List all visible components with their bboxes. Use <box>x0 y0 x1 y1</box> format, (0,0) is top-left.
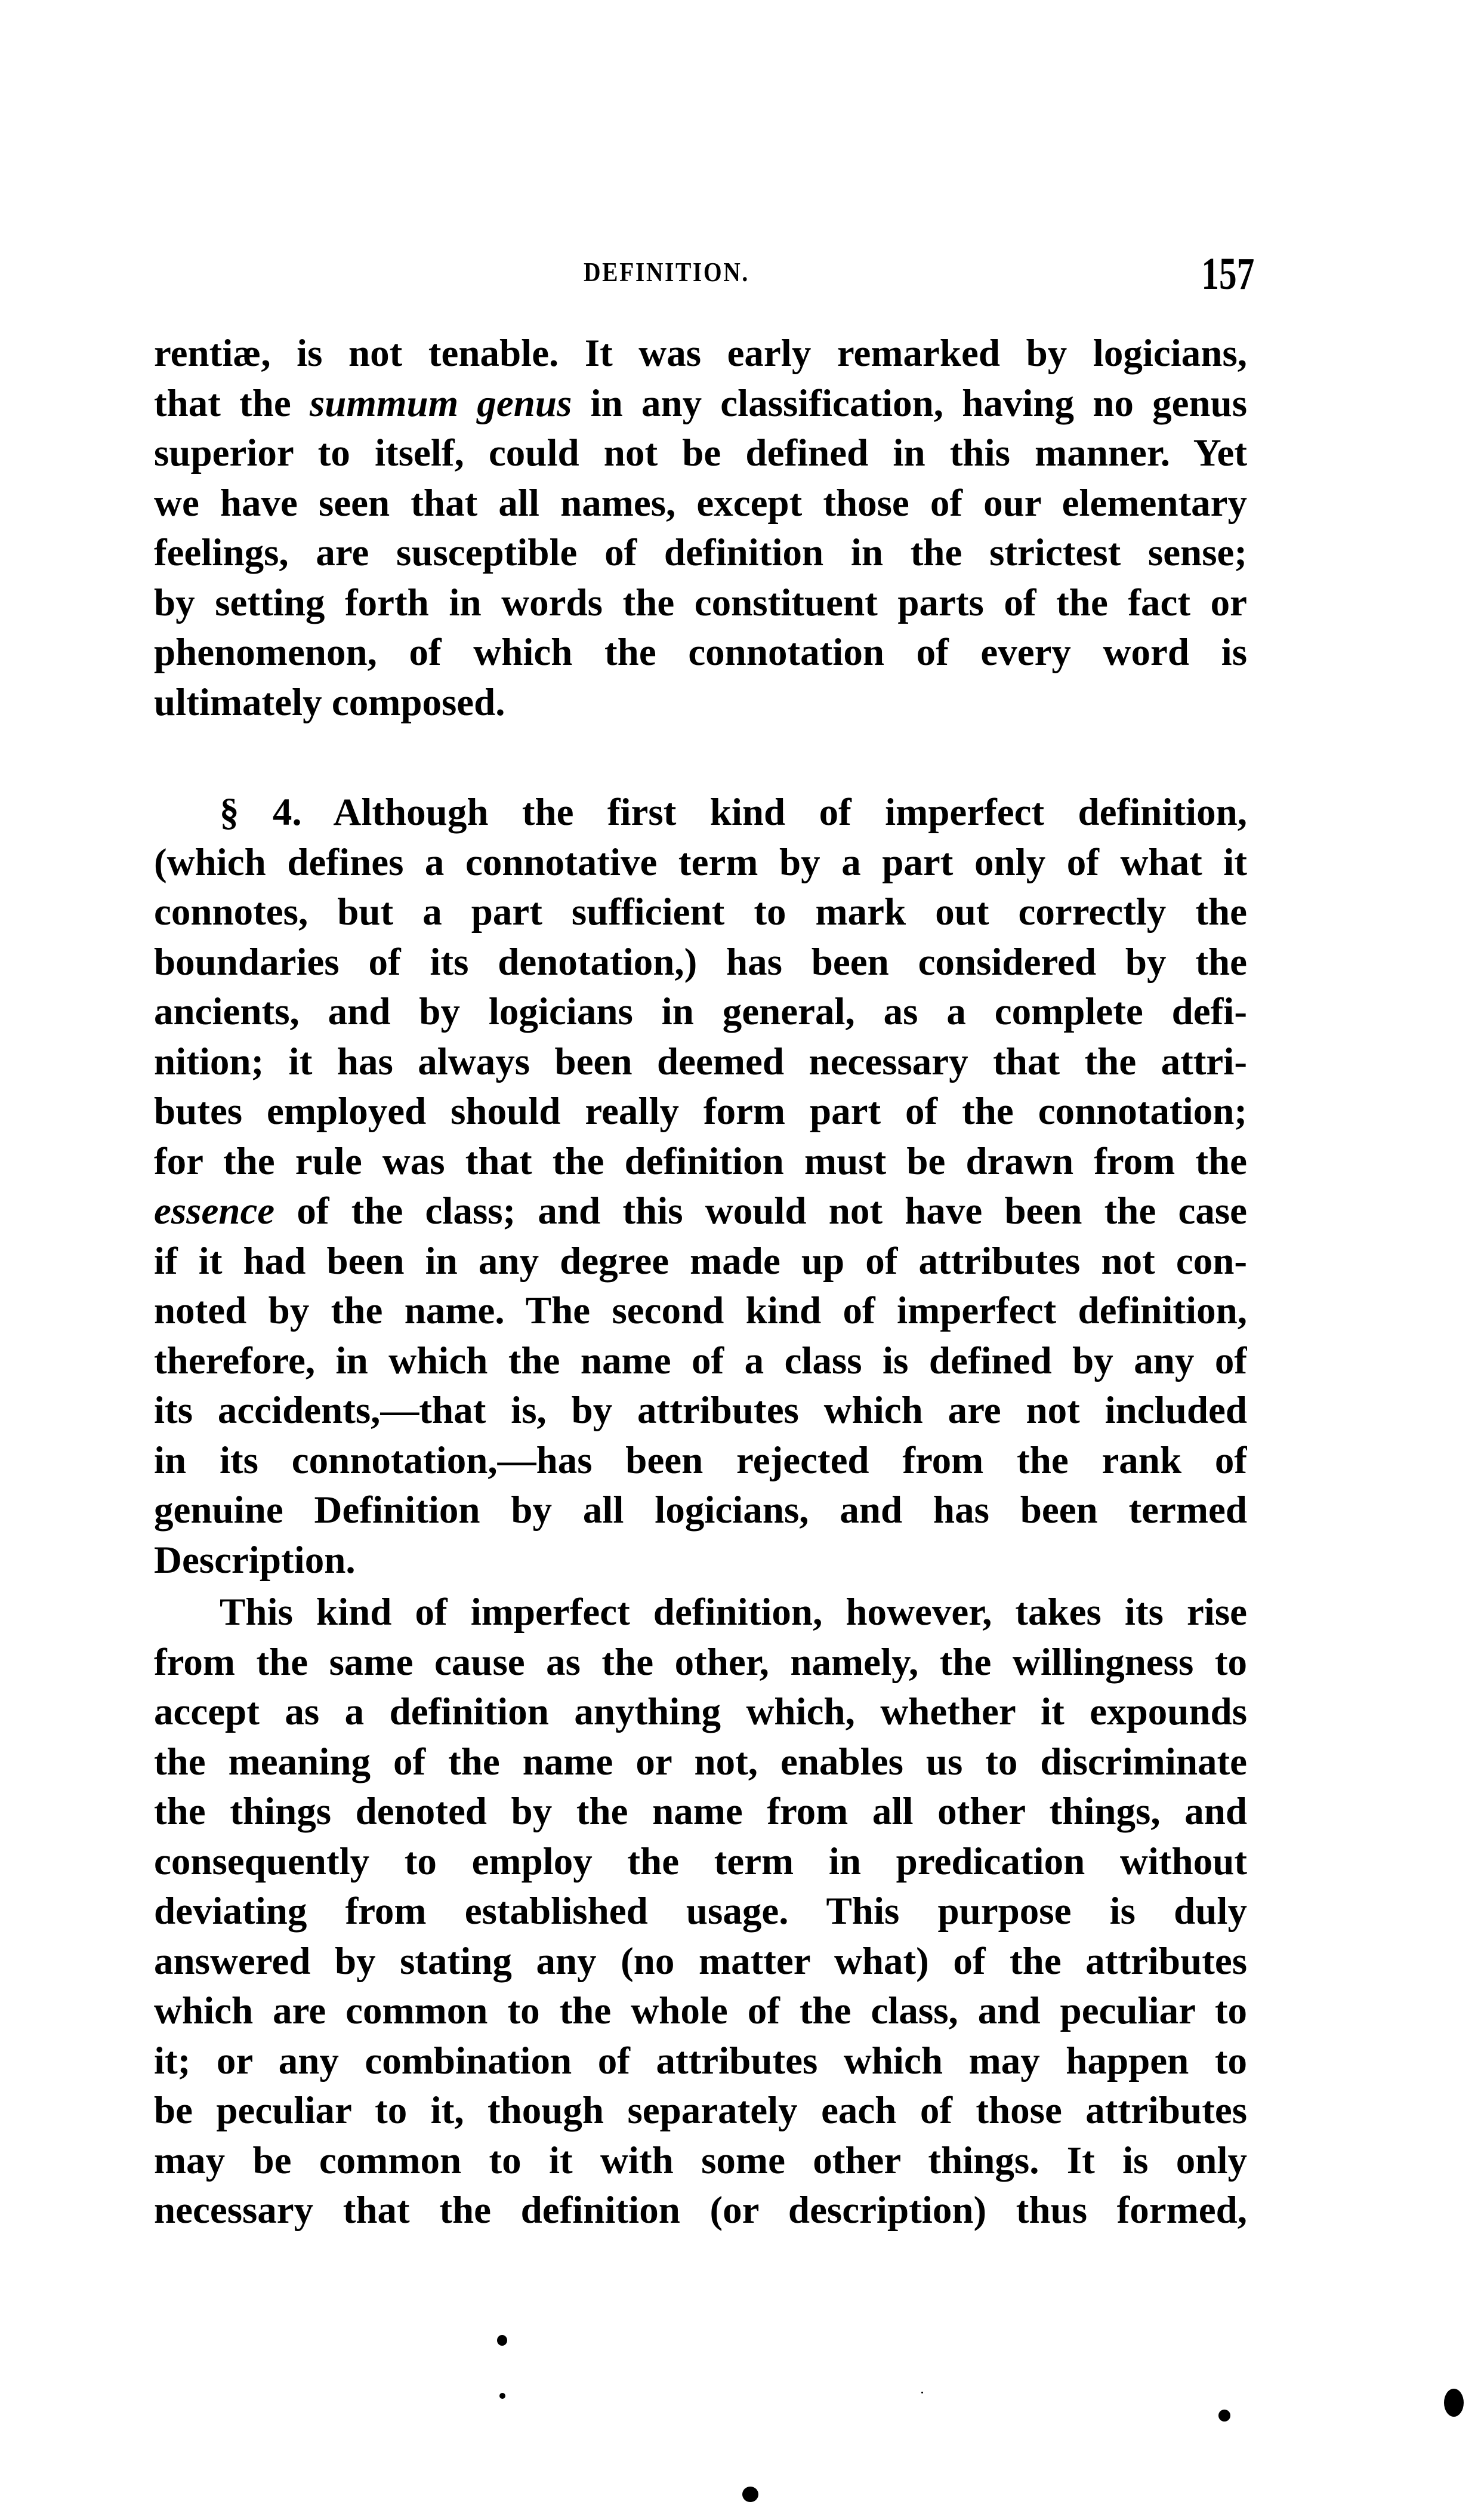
text-line: the things denoted by the name from all … <box>154 1786 1247 1837</box>
text-run: therefore, in which the name of a class … <box>154 1339 1247 1382</box>
text-line: may be common to it with some other thin… <box>154 2136 1247 2186</box>
text-run: phenomenon, of which the connotation of … <box>154 631 1247 674</box>
ink-speck <box>497 2335 507 2346</box>
text-run: consequently to employ the term in predi… <box>154 1840 1247 1883</box>
text-run: by setting forth in words the constituen… <box>154 581 1247 624</box>
text-line: it; or any combination of attributes whi… <box>154 2036 1247 2086</box>
text-run: that the <box>154 382 310 425</box>
text-run: in its connotation,—has been rejected fr… <box>154 1439 1247 1482</box>
text-line: phenomenon, of which the connotation of … <box>154 627 1247 677</box>
italic-text: essence <box>154 1190 274 1233</box>
text-line: ancients, and by logicians in general, a… <box>154 987 1247 1037</box>
text-run: nition; it has always been deemed necess… <box>154 1040 1247 1083</box>
text-run: § 4. Although the first kind of imperfec… <box>220 791 1247 834</box>
text-line: Description. <box>154 1535 1247 1585</box>
text-run: for the rule was that the definition mus… <box>154 1140 1247 1183</box>
text-run: connotes, but a part sufficient to mark … <box>154 891 1247 934</box>
text-line: noted by the name. The second kind of im… <box>154 1286 1247 1336</box>
text-run: deviating from established usage. This p… <box>154 1890 1247 1933</box>
text-line: This kind of imperfect definition, howev… <box>220 1587 1247 1637</box>
text-run: answered by stating any (no matter what)… <box>154 1940 1247 1983</box>
text-run: be peculiar to it, though separately eac… <box>154 2089 1247 2132</box>
ink-speck <box>742 2487 758 2502</box>
text-line: § 4. Although the first kind of imperfec… <box>220 787 1247 837</box>
text-run: we have seen that all names, except thos… <box>154 482 1247 525</box>
text-run: ultimately composed. <box>154 681 505 724</box>
ink-speck <box>1444 2389 1464 2417</box>
text-run: This kind of imperfect definition, howev… <box>220 1591 1247 1634</box>
text-run: which are common to the whole of the cla… <box>154 1989 1247 2032</box>
text-line: essence of the class; and this would not… <box>154 1186 1247 1236</box>
text-run: its accidents,—that is, by attributes wh… <box>154 1389 1247 1432</box>
text-line: if it had been in any degree made up of … <box>154 1236 1247 1286</box>
text-line: by setting forth in words the constituen… <box>154 578 1247 628</box>
ink-speck <box>921 2392 923 2393</box>
text-run: from the same cause as the other, namely… <box>154 1641 1247 1684</box>
text-line: from the same cause as the other, namely… <box>154 1637 1247 1687</box>
text-line: nition; it has always been deemed necess… <box>154 1037 1247 1087</box>
text-line: boundaries of its denotation,) has been … <box>154 937 1247 987</box>
page-number: 157 <box>1201 251 1251 297</box>
ink-speck <box>499 2393 505 2399</box>
text-line: answered by stating any (no matter what)… <box>154 1936 1247 1986</box>
text-line: which are common to the whole of the cla… <box>154 1986 1247 2036</box>
text-run: butes employed should really form part o… <box>154 1090 1247 1133</box>
text-run: the things denoted by the name from all … <box>154 1790 1247 1833</box>
text-line: rentiæ, is not tenable. It was early rem… <box>154 328 1247 378</box>
text-run: of the class; and this would not have be… <box>274 1190 1247 1233</box>
text-line: superior to itself, could not be defined… <box>154 428 1247 478</box>
text-line: therefore, in which the name of a class … <box>154 1336 1247 1386</box>
text-line: that the summum genus in any classificat… <box>154 378 1247 429</box>
book-page: DEFINITION. 157 rentiæ, is not tenable. … <box>0 0 1481 2520</box>
text-run: genuine Definition by all logicians, and… <box>154 1489 1247 1532</box>
text-line: connotes, but a part sufficient to mark … <box>154 887 1247 937</box>
text-run: rentiæ, is not tenable. It was early rem… <box>154 332 1247 375</box>
text-line: feelings, are susceptible of definition … <box>154 528 1247 578</box>
text-line: accept as a definition anything which, w… <box>154 1687 1247 1737</box>
text-run: boundaries of its denotation,) has been … <box>154 941 1247 984</box>
text-run: feelings, are susceptible of definition … <box>154 531 1247 574</box>
text-line: in its connotation,—has been rejected fr… <box>154 1435 1247 1486</box>
text-line: (which defines a connotative term by a p… <box>154 837 1247 888</box>
text-line: be peculiar to it, though separately eac… <box>154 2085 1247 2136</box>
text-line: ultimately composed. <box>154 677 1247 728</box>
text-line: its accidents,—that is, by attributes wh… <box>154 1385 1247 1435</box>
italic-text: summum genus <box>310 382 572 425</box>
text-run: necessary that the definition (or descri… <box>154 2189 1247 2232</box>
text-run: the meaning of the name or not, enables … <box>154 1740 1247 1783</box>
text-run: Description. <box>154 1539 356 1582</box>
text-run: (which defines a connotative term by a p… <box>154 841 1247 884</box>
text-line: we have seen that all names, except thos… <box>154 478 1247 528</box>
text-run: superior to itself, could not be defined… <box>154 432 1247 475</box>
text-line: for the rule was that the definition mus… <box>154 1136 1247 1187</box>
text-run: noted by the name. The second kind of im… <box>154 1289 1247 1332</box>
text-run: ancients, and by logicians in general, a… <box>154 990 1247 1033</box>
text-line: genuine Definition by all logicians, and… <box>154 1485 1247 1535</box>
running-title: DEFINITION. <box>584 258 749 286</box>
text-run: if it had been in any degree made up of … <box>154 1240 1247 1283</box>
text-line: the meaning of the name or not, enables … <box>154 1737 1247 1787</box>
text-line: deviating from established usage. This p… <box>154 1886 1247 1936</box>
text-run: in any classification, having no genus <box>572 382 1247 425</box>
text-line: necessary that the definition (or descri… <box>154 2185 1247 2235</box>
text-run: accept as a definition anything which, w… <box>154 1690 1247 1733</box>
ink-speck <box>1218 2410 1230 2422</box>
text-line: butes employed should really form part o… <box>154 1086 1247 1136</box>
text-run: it; or any combination of attributes whi… <box>154 2040 1247 2082</box>
text-run: may be common to it with some other thin… <box>154 2139 1247 2182</box>
text-line: consequently to employ the term in predi… <box>154 1837 1247 1887</box>
